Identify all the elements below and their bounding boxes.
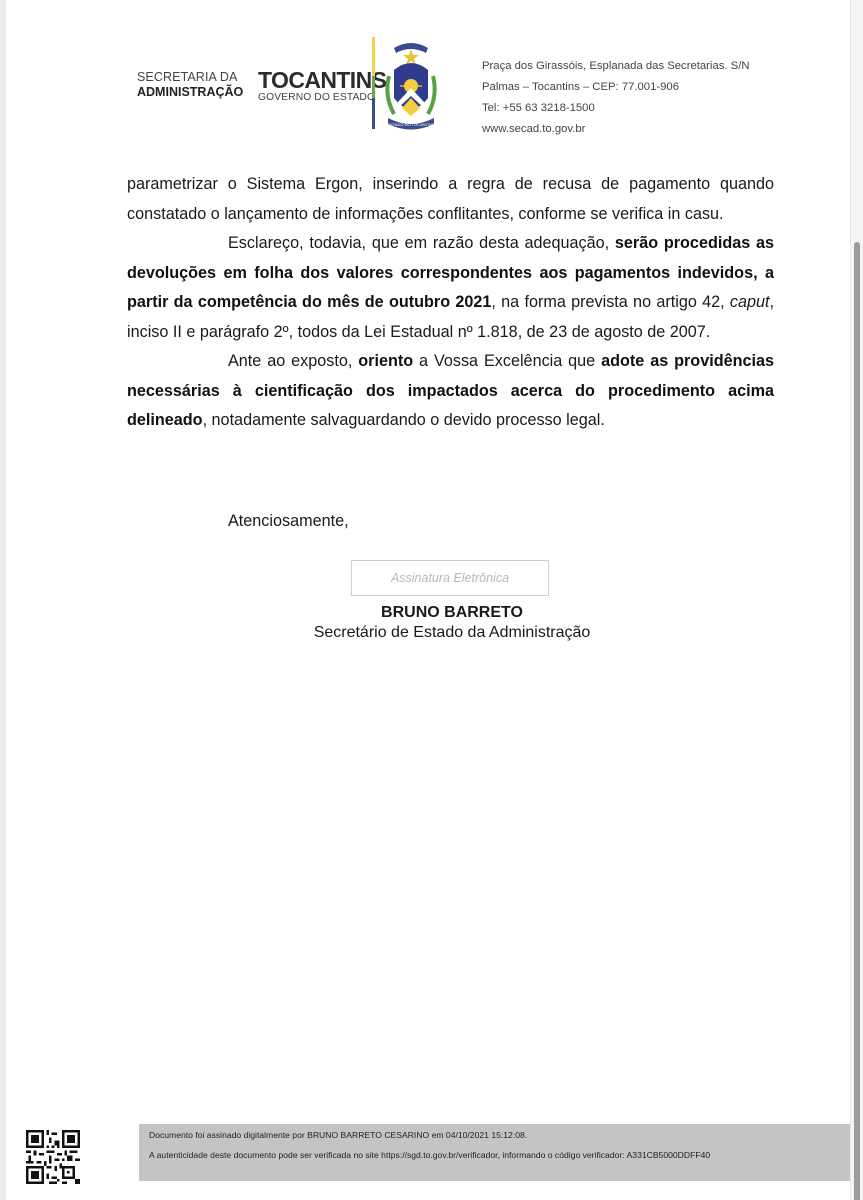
contact-phone: Tel: +55 63 3218-1500 — [482, 98, 750, 119]
svg-text:ESTADO DO TOCANTINS: ESTADO DO TOCANTINS — [387, 122, 435, 127]
document-viewer: SECRETARIA DA ADMINISTRAÇÃO TOCANTINS GO… — [0, 0, 863, 1200]
letterhead: SECRETARIA DA ADMINISTRAÇÃO TOCANTINS GO… — [0, 36, 863, 136]
coat-of-arms-icon: ESTADO DO TOCANTINS — [380, 36, 442, 132]
signer-block: BRUNO BARRETO Secretário de Estado da Ad… — [252, 603, 652, 643]
closing-salutation: Atenciosamente, — [228, 512, 349, 531]
vertical-scrollbar[interactable] — [850, 0, 863, 1200]
contact-website[interactable]: www.secad.to.gov.br — [482, 119, 750, 140]
secretaria-line2: ADMINISTRAÇÃO — [137, 85, 237, 100]
flag-color-bar — [372, 37, 375, 129]
footer-signed-info: Documento foi assinado digitalmente por … — [149, 1130, 527, 1140]
state-name: TOCANTINS — [258, 68, 386, 92]
paragraph-1: parametrizar o Sistema Ergon, inserindo … — [127, 170, 774, 229]
signer-name: BRUNO BARRETO — [252, 603, 652, 623]
electronic-signature-box: Assinatura Eletrônica — [351, 560, 549, 596]
letter-body: parametrizar o Sistema Ergon, inserindo … — [127, 170, 774, 436]
secretaria-line1: SECRETARIA DA — [137, 70, 237, 85]
digital-signature-footer: Documento foi assinado digitalmente por … — [139, 1124, 851, 1181]
scrollbar-thumb[interactable] — [854, 242, 860, 1200]
secretaria-logo-text: SECRETARIA DA ADMINISTRAÇÃO — [137, 70, 237, 100]
contact-address: Praça dos Girassóis, Esplanada das Secre… — [482, 56, 750, 77]
tocantins-logo-text: TOCANTINS GOVERNO DO ESTADO — [258, 68, 386, 104]
paragraph-2: Esclareço, todavia, que em razão desta a… — [127, 229, 774, 347]
signer-role: Secretário de Estado da Administração — [252, 623, 652, 643]
paragraph-3: Ante ao exposto, oriento a Vossa Excelên… — [127, 347, 774, 436]
footer-verification-info: A autenticidade deste documento pode ser… — [149, 1150, 710, 1160]
state-subtitle: GOVERNO DO ESTADO — [258, 92, 386, 104]
qr-code-icon — [26, 1130, 80, 1184]
contact-city: Palmas – Tocantins – CEP: 77.001-906 — [482, 77, 750, 98]
contact-info: Praça dos Girassóis, Esplanada das Secre… — [482, 56, 750, 140]
viewer-left-edge — [0, 0, 6, 1200]
